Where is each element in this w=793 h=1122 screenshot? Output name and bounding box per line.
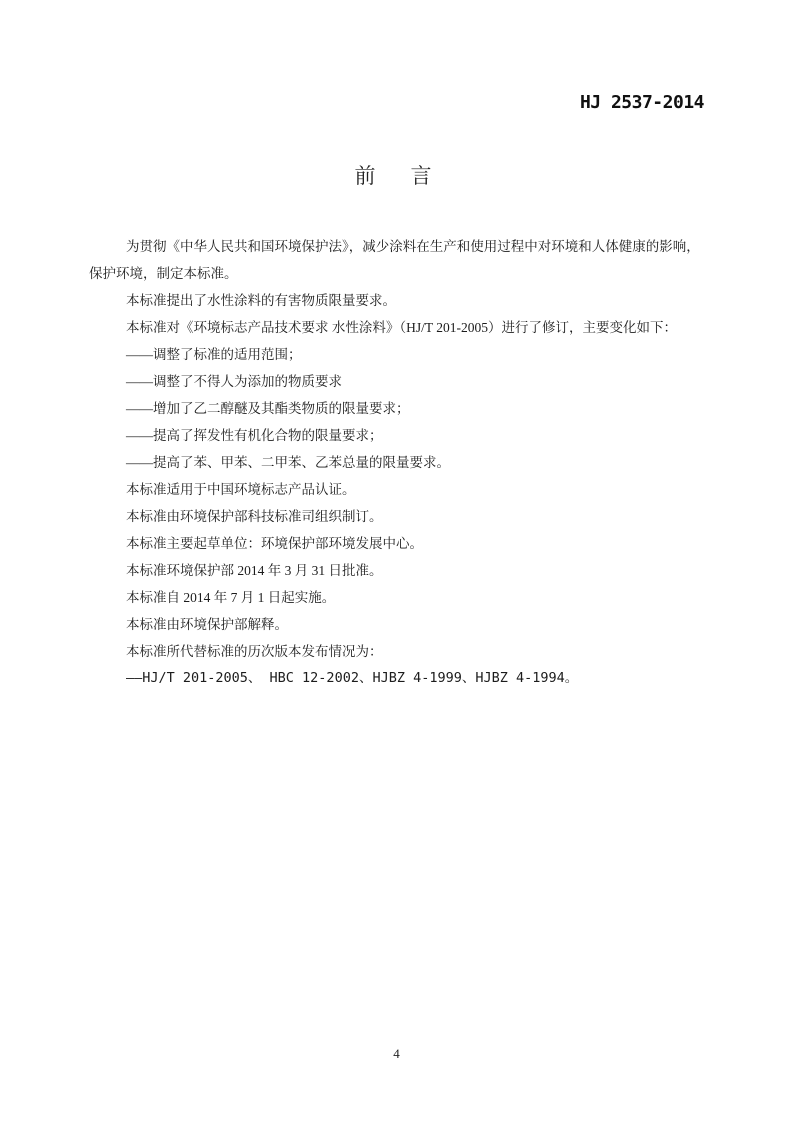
- foreword-line: 本标准所代替标准的历次版本发布情况为：: [89, 638, 714, 665]
- foreword-line: ——调整了标准的适用范围；: [89, 341, 714, 368]
- foreword-line: ——HJ/T 201-2005、 HBC 12-2002、HJBZ 4-1999…: [89, 665, 714, 692]
- foreword-line: ——提高了苯、甲苯、二甲苯、乙苯总量的限量要求。: [89, 449, 714, 476]
- document-page: HJ 2537-2014 前 言 为贯彻《中华人民共和国环境保护法》，减少涂料在…: [0, 0, 793, 1122]
- foreword-line: 本标准适用于中国环境标志产品认证。: [89, 476, 714, 503]
- foreword-line: ——增加了乙二醇醚及其酯类物质的限量要求；: [89, 395, 714, 422]
- foreword-line: ——提高了挥发性有机化合物的限量要求；: [89, 422, 714, 449]
- foreword-title: 前 言: [0, 160, 793, 190]
- foreword-line: 为贯彻《中华人民共和国环境保护法》，减少涂料在生产和使用过程中对环境和人体健康的…: [89, 233, 714, 260]
- foreword-line: 本标准对《环境标志产品技术要求 水性涂料》（HJ/T 201-2005）进行了修…: [89, 314, 714, 341]
- foreword-line: ——调整了不得人为添加的物质要求: [89, 368, 714, 395]
- page-number: 4: [0, 1046, 793, 1062]
- foreword-body: 为贯彻《中华人民共和国环境保护法》，减少涂料在生产和使用过程中对环境和人体健康的…: [89, 233, 714, 692]
- foreword-line: 本标准提出了水性涂料的有害物质限量要求。: [89, 287, 714, 314]
- foreword-line: 本标准由环境保护部解释。: [89, 611, 714, 638]
- foreword-line: 本标准主要起草单位：环境保护部环境发展中心。: [89, 530, 714, 557]
- foreword-line: 本标准自 2014 年 7 月 1 日起实施。: [89, 584, 714, 611]
- standard-code-header: HJ 2537-2014: [580, 92, 704, 113]
- foreword-line: 本标准由环境保护部科技标准司组织制订。: [89, 503, 714, 530]
- foreword-line: 保护环境，制定本标准。: [89, 260, 714, 287]
- foreword-line: 本标准环境保护部 2014 年 3 月 31 日批准。: [89, 557, 714, 584]
